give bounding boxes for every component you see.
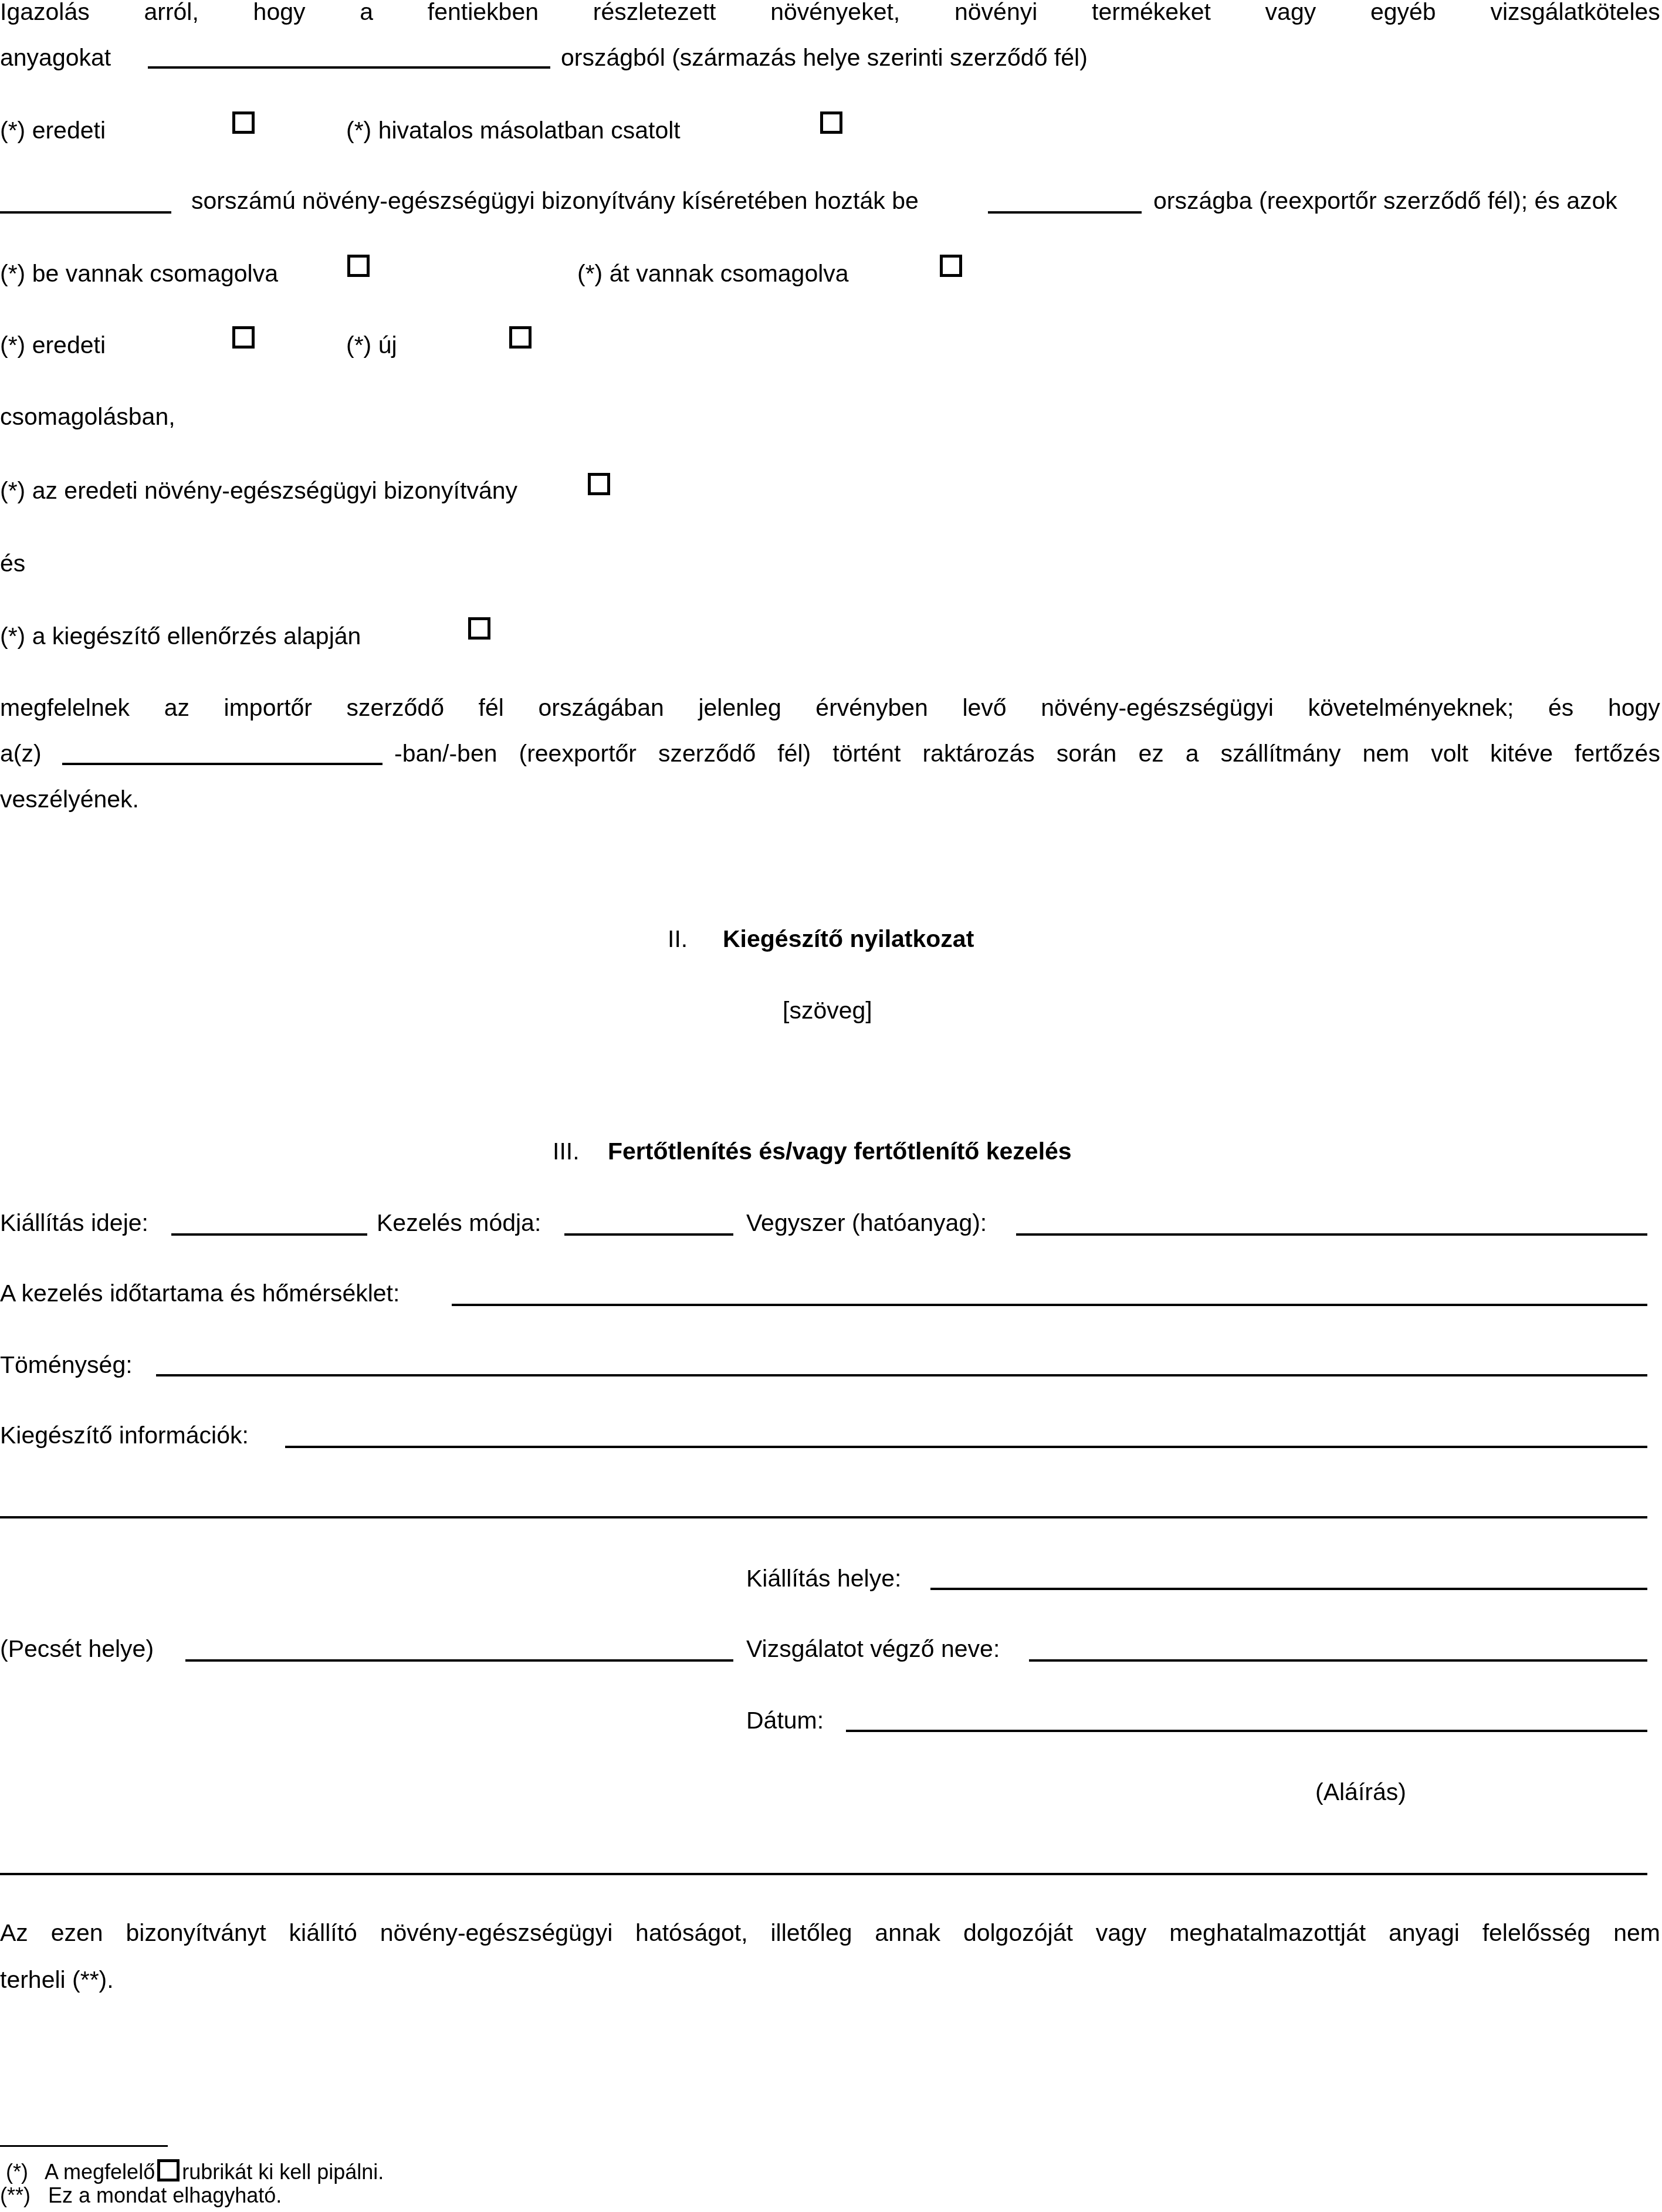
word: érvényben	[815, 696, 928, 720]
word: (reexportőr	[519, 742, 637, 766]
word: során	[1057, 742, 1117, 766]
word: felelősség	[1482, 1921, 1591, 1945]
duration-temperature-label: A kezelés időtartama és hőmérséklet:	[0, 1281, 400, 1305]
footnote-separator	[0, 2145, 168, 2147]
original-packaging-checkbox[interactable]	[232, 326, 255, 349]
date-label: Dátum:	[746, 1709, 824, 1733]
repacked-label: (*) át vannak csomagolva	[577, 262, 849, 286]
word: fél)	[777, 742, 811, 766]
word: jelenleg	[698, 696, 781, 720]
storage-country-field[interactable]	[62, 763, 383, 765]
word: raktározás	[922, 742, 1034, 766]
word: vizsgálatköteles	[1490, 0, 1660, 24]
word: egyéb	[1370, 0, 1436, 24]
footnote-2-marker: (**)	[0, 2183, 31, 2207]
word: -ban/-ben	[394, 742, 497, 766]
word: növény-egészségügyi	[1041, 696, 1274, 720]
word: nem	[1362, 742, 1409, 766]
packed-label: (*) be vannak csomagolva	[0, 262, 278, 286]
stamp-field[interactable]	[185, 1659, 733, 1662]
word: és	[1548, 696, 1573, 720]
word: kitéve	[1490, 742, 1553, 766]
word: országában	[539, 696, 664, 720]
word: növényeket,	[770, 0, 900, 24]
conclusion-line-1: megfelelnekazimportőrszerződőfélországáb…	[0, 696, 1660, 720]
duration-temperature-field[interactable]	[452, 1304, 1647, 1306]
liability-line-2: terheli (**).	[0, 1968, 114, 1992]
word: követelményeknek;	[1308, 696, 1514, 720]
conclusion-line-2-prefix: a(z)	[0, 742, 42, 766]
word: anyagi	[1389, 1921, 1460, 1945]
word: ezen	[51, 1921, 103, 1945]
word: hogy	[253, 0, 306, 24]
date-field[interactable]	[846, 1730, 1647, 1732]
word: annak	[875, 1921, 940, 1945]
word: nem	[1613, 1921, 1660, 1945]
packed-checkbox[interactable]	[347, 255, 370, 277]
word: Az	[0, 1921, 28, 1945]
word: kiállító	[289, 1921, 357, 1945]
word: dolgozóját	[963, 1921, 1073, 1945]
origin-country-field[interactable]	[148, 66, 550, 69]
concentration-field[interactable]	[156, 1374, 1647, 1376]
section-ii-numeral: II.	[668, 927, 688, 951]
checkbox-icon	[157, 2159, 180, 2181]
reexport-country-field[interactable]	[988, 211, 1142, 214]
liability-line-1: Azezenbizonyítványtkiállítónövény-egészs…	[0, 1921, 1660, 1945]
additional-info-field-2[interactable]	[0, 1516, 1647, 1518]
place-of-issue-field[interactable]	[930, 1588, 1647, 1590]
word: részletezett	[593, 0, 716, 24]
word: meghatalmazottját	[1169, 1921, 1366, 1945]
word: hatóságot,	[635, 1921, 748, 1945]
divider	[0, 1873, 1647, 1875]
word: bizonyítványt	[126, 1921, 266, 1945]
word: növényi	[954, 0, 1037, 24]
issue-date-label: Kiállítás ideje:	[0, 1211, 148, 1235]
conclusion-line-2: -ban/-ben(reexportőrszerződőfél)történtr…	[394, 742, 1660, 766]
word: arról,	[144, 0, 198, 24]
official-copy-label: (*) hivatalos másolatban csatolt	[346, 119, 681, 143]
issue-date-field[interactable]	[171, 1233, 367, 1236]
additional-check-label: (*) a kiegészítő ellenőrzés alapján	[0, 624, 361, 648]
intro-line-2-suffix: országból (származás helye szerinti szer…	[561, 46, 1088, 70]
concentration-label: Töménység:	[0, 1353, 133, 1377]
word: fentiekben	[428, 0, 539, 24]
word: termékeket	[1092, 0, 1211, 24]
stamp-label: (Pecsét helye)	[0, 1637, 154, 1661]
word: szerződő	[347, 696, 444, 720]
section-iii-numeral: III.	[553, 1139, 580, 1164]
word: hogy	[1608, 696, 1660, 720]
additional-info-label: Kiegészítő információk:	[0, 1423, 249, 1447]
certificate-number-field[interactable]	[0, 211, 171, 214]
signature-label: (Aláírás)	[1315, 1780, 1406, 1804]
section-ii-body: [szöveg]	[783, 999, 872, 1023]
intro-line-4-suffix: országba (reexportőr szerződő fél); és a…	[1153, 189, 1617, 213]
place-of-issue-label: Kiállítás helye:	[746, 1567, 901, 1591]
section-ii-title: Kiegészítő nyilatkozat	[723, 927, 974, 951]
word: szerződő	[658, 742, 756, 766]
repacked-checkbox[interactable]	[940, 255, 962, 277]
word: fél	[479, 696, 504, 720]
word: történt	[832, 742, 901, 766]
conclusion-line-3: veszélyének.	[0, 787, 139, 811]
original-certificate-checkbox[interactable]	[588, 473, 610, 495]
inspector-name-field[interactable]	[1029, 1659, 1647, 1662]
official-copy-checkbox[interactable]	[820, 111, 842, 134]
footnote-1-text-before: A megfelelő	[45, 2160, 155, 2184]
word: a	[360, 0, 373, 24]
section-iii-title: Fertőtlenítés és/vagy fertőtlenítő kezel…	[608, 1139, 1072, 1164]
chemical-field[interactable]	[1016, 1233, 1647, 1236]
chemical-label: Vegyszer (hatóanyag):	[746, 1211, 987, 1235]
new-packaging-checkbox[interactable]	[509, 326, 532, 349]
new-packaging-label: (*) új	[346, 333, 397, 357]
word: szállítmány	[1220, 742, 1341, 766]
word: vagy	[1265, 0, 1316, 24]
inspector-name-label: Vizsgálatot végző neve:	[746, 1637, 1000, 1661]
word: illetőleg	[770, 1921, 852, 1945]
footnote-1-text-after: rubrikát ki kell pipálni.	[182, 2160, 384, 2184]
footnote-2-text: Ez a mondat elhagyható.	[48, 2183, 282, 2207]
intro-line-2-prefix: anyagokat	[0, 46, 111, 70]
word: Igazolás	[0, 0, 90, 24]
word: fertőzés	[1575, 742, 1660, 766]
word: megfelelnek	[0, 696, 130, 720]
word: volt	[1431, 742, 1468, 766]
word: levő	[962, 696, 1006, 720]
word: vagy	[1096, 1921, 1147, 1945]
word: a	[1186, 742, 1199, 766]
and-text: és	[0, 552, 25, 576]
intro-line-4-middle: sorszámú növény-egészségügyi bizonyítván…	[191, 189, 919, 213]
treatment-method-label: Kezelés módja:	[377, 1211, 541, 1235]
original-packaging-label: (*) eredeti	[0, 333, 106, 357]
word: ez	[1138, 742, 1163, 766]
word: az	[164, 696, 189, 720]
original-checkbox[interactable]	[232, 111, 255, 134]
intro-line-1: Igazolásarról,hogyafentiekbenrészletezet…	[0, 0, 1660, 24]
treatment-method-field[interactable]	[564, 1233, 733, 1236]
additional-check-checkbox[interactable]	[468, 617, 490, 640]
original-certificate-label: (*) az eredeti növény-egészségügyi bizon…	[0, 479, 517, 503]
original-label: (*) eredeti	[0, 119, 106, 143]
footnote-2: (**) Ez a mondat elhagyható.	[0, 2185, 282, 2206]
footnote-1-marker: (*)	[6, 2160, 28, 2184]
packaging-text: csomagolásban,	[0, 405, 175, 429]
footnote-1: (*) A megfelelőrubrikát ki kell pipálni.	[6, 2159, 384, 2183]
word: növény-egészségügyi	[380, 1921, 613, 1945]
additional-info-field[interactable]	[285, 1446, 1647, 1448]
word: importőr	[224, 696, 312, 720]
